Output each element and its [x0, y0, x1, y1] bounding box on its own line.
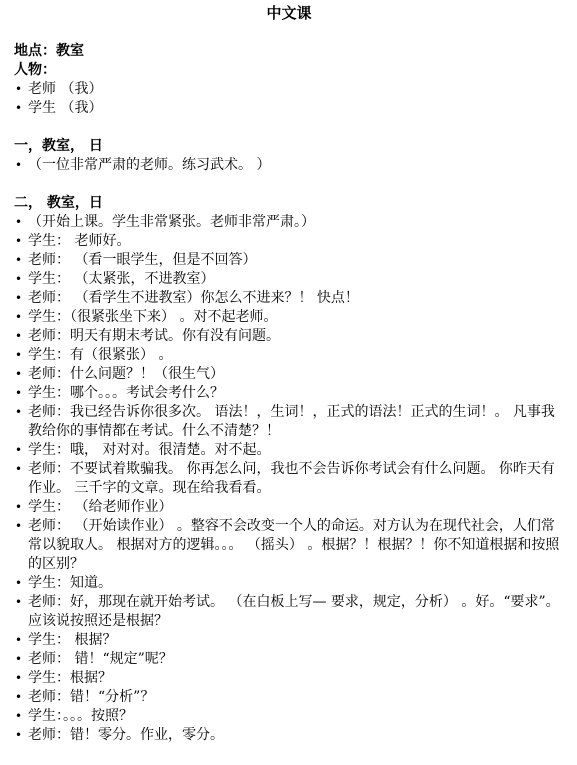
dialog-line: • 老师： （看学生不进教室）你怎么不进来？！ 快点！	[14, 289, 564, 308]
bullet-marker: •	[15, 232, 22, 251]
script-line: • （一位非常严肃的老师。练习武术。 ）	[14, 156, 564, 175]
dialog-line-text: 学生：（很紧张坐下来） 。对不起老师。	[28, 309, 277, 325]
dialog-line-text: 学生：哪个。。。考试会考什么？	[28, 385, 224, 401]
dialog-line-text: 老师：好，那现在就开始考试。 （在白板上写— 要求，规定，分析） 。好。“要求”…	[28, 594, 560, 629]
dialog-line: • 学生： （太紧张，不进教室）	[14, 270, 564, 289]
character-item: • 学生 （我）	[14, 99, 564, 118]
bullet-marker: •	[15, 460, 22, 479]
bullet-marker: •	[15, 650, 22, 669]
dialog-line-text: 老师： 错！“规定”呢？	[28, 651, 173, 667]
character-item: • 老师 （我）	[14, 80, 564, 99]
document-page: 中文课 地点：教室 人物： • 老师 （我） • 学生 （我） 一，教室， 日 …	[0, 0, 577, 765]
bullet-marker: •	[15, 669, 22, 688]
dialog-line-text: 学生： 老师好。	[28, 233, 130, 249]
dialog-line: • 学生：（很紧张坐下来） 。对不起老师。	[14, 308, 564, 327]
bullet-marker: •	[15, 365, 22, 384]
dialog-line-text: 老师： （看学生不进教室）你怎么不进来？！ 快点！	[28, 290, 359, 306]
dialog-line: • 老师： （开始读作业） 。整容不会改变一个人的命运。对方认为在现代社会，人们…	[14, 517, 564, 574]
dialog-line-text: 学生：知道。	[28, 575, 112, 591]
dialog-line: • 老师： 错！“规定”呢？	[14, 650, 564, 669]
script-line-text: （开始上课。学生非常紧张。老师非常严肃。）	[28, 214, 315, 230]
bullet-marker: •	[15, 707, 22, 726]
dialog-line-text: 老师：不要试着欺骗我。 你再怎么问，我也不会告诉你考试会有什么问题。 你昨天有作…	[28, 461, 555, 496]
bullet-marker: •	[15, 251, 22, 270]
bullet-marker: •	[15, 498, 22, 517]
dialog-line: • 学生：哪个。。。考试会考什么？	[14, 384, 564, 403]
dialog-line-text: 老师： （开始读作业） 。整容不会改变一个人的命运。对方认为在现代社会，人们常常…	[28, 518, 559, 572]
scene2-heading: 二， 教室，日	[14, 194, 564, 213]
dialog-line-text: 学生：根据？	[28, 670, 112, 686]
character-item-text: 学生 （我）	[28, 100, 102, 116]
dialog-line-text: 老师： （看一眼学生，但是不回答）	[28, 252, 256, 268]
bullet-marker: •	[15, 403, 22, 422]
dialog-line: • 学生： 根据？	[14, 631, 564, 650]
dialog-line: • 老师：什么问题？！（很生气）	[14, 365, 564, 384]
dialog-line: • 老师：错！“分析”？	[14, 688, 564, 707]
document-title: 中文课	[14, 4, 564, 23]
bullet-marker: •	[15, 593, 22, 612]
spacer	[14, 23, 564, 42]
bullet-marker: •	[15, 327, 22, 346]
dialog-line-text: 学生：有（很紧张） 。	[28, 347, 172, 363]
bullet-marker: •	[15, 688, 22, 707]
dialog-line: • 学生：。。。按照？	[14, 707, 564, 726]
dialog-line: • 学生： （给老师作业）	[14, 498, 564, 517]
bullet-marker: •	[15, 384, 22, 403]
dialog-line-text: 老师：错！零分。作业，零分。	[28, 727, 224, 743]
bullet-marker: •	[15, 99, 22, 118]
dialog-line-text: 老师：错！“分析”？	[28, 689, 154, 705]
dialog-line: • 老师：不要试着欺骗我。 你再怎么问，我也不会告诉你考试会有什么问题。 你昨天…	[14, 460, 564, 498]
bullet-marker: •	[15, 441, 22, 460]
dialog-line: • 老师：错！零分。作业，零分。	[14, 726, 564, 745]
bullet-marker: •	[15, 213, 22, 232]
dialog-line-text: 学生： （太紧张，不进教室）	[28, 271, 214, 287]
location-line: 地点：教室	[14, 42, 564, 61]
dialog-line: • 学生：哦， 对对对。很清楚。对不起。	[14, 441, 564, 460]
dialog-line: • 老师：明天有期末考试。你有没有问题。	[14, 327, 564, 346]
dialog-line-text: 老师：什么问题？！（很生气）	[28, 366, 224, 382]
dialog-line: • 老师： （看一眼学生，但是不回答）	[14, 251, 564, 270]
dialog-line-text: 老师：我已经告诉你很多次。 语法！，生词！，正式的语法！正式的生词！。 凡事我教…	[28, 404, 555, 439]
spacer	[14, 175, 564, 194]
spacer	[14, 118, 564, 137]
bullet-marker: •	[15, 726, 22, 745]
dialog-line-text: 学生： 根据？	[28, 632, 116, 648]
scene1-heading: 一，教室， 日	[14, 137, 564, 156]
dialog-line: • 老师：好，那现在就开始考试。 （在白板上写— 要求，规定，分析） 。好。“要…	[14, 593, 564, 631]
dialog-line: • 学生：知道。	[14, 574, 564, 593]
dialog-line-text: 学生：哦， 对对对。很清楚。对不起。	[28, 442, 270, 458]
dialog-line-text: 老师：明天有期末考试。你有没有问题。	[28, 328, 280, 344]
bullet-marker: •	[15, 156, 22, 175]
dialog-line: • 学生：根据？	[14, 669, 564, 688]
script-line-text: （一位非常严肃的老师。练习武术。 ）	[28, 157, 270, 173]
dialog-line: • 学生： 老师好。	[14, 232, 564, 251]
dialog-line: • 学生：有（很紧张） 。	[14, 346, 564, 365]
bullet-marker: •	[15, 517, 22, 536]
bullet-marker: •	[15, 289, 22, 308]
characters-label: 人物：	[14, 61, 564, 80]
script-line: • （开始上课。学生非常紧张。老师非常严肃。）	[14, 213, 564, 232]
character-item-text: 老师 （我）	[28, 81, 102, 97]
bullet-marker: •	[15, 346, 22, 365]
bullet-marker: •	[15, 80, 22, 99]
bullet-marker: •	[15, 631, 22, 650]
dialog-line: • 老师：我已经告诉你很多次。 语法！，生词！，正式的语法！正式的生词！。 凡事…	[14, 403, 564, 441]
dialog-line-text: 学生：。。。按照？	[28, 708, 133, 724]
bullet-marker: •	[15, 270, 22, 289]
bullet-marker: •	[15, 308, 22, 327]
dialog-line-text: 学生： （给老师作业）	[28, 499, 172, 515]
bullet-marker: •	[15, 574, 22, 593]
